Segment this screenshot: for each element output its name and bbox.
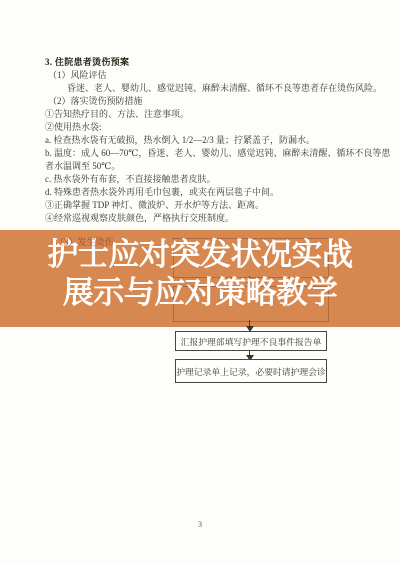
flowchart-box-record: 护理记录单上记录，必要时请护理会诊 [175, 359, 327, 383]
doc-line: （1）风险评估 [45, 69, 370, 82]
banner-title-line2: 展示与应对策略教学 [0, 274, 400, 312]
doc-line: d. 特殊患者热水袋外再用毛巾包裹，或夹在两层毯子中间。 [45, 186, 370, 199]
title-overlay-banner: （3）发生烫伤 护士应对突发状况实战 展示与应对策略教学 [0, 230, 400, 327]
doc-line: 者水温调至 50℃。 [45, 160, 370, 173]
doc-line: b. 温度：成人 60—70℃，昏迷、老人、婴幼儿、感觉迟钝、麻醉未清醒、循环不… [45, 147, 370, 160]
doc-line: a. 检查热水袋有无破损，热水倒入 1/2—2/3 量；拧紧盖子，防漏水。 [45, 134, 370, 147]
doc-line: ①告知热疗目的、方法、注意事项。 [45, 108, 370, 121]
flowchart-box-report: 汇报护理部填写护理不良事件报告单 [175, 331, 327, 351]
doc-line: ③正确掌握 TDP 神灯、微波炉、开水炉等方法、距离。 [45, 199, 370, 212]
page-number: 3 [0, 520, 400, 529]
doc-line: ④经常巡视观察皮肤颜色，严格执行交班制度。 [45, 212, 370, 225]
doc-line: 昏迷、老人、婴幼儿、感觉迟钝、麻醉未清醒、循环不良等患者存在烫伤风险。 [45, 82, 370, 95]
document-text: 3. 住院患者烫伤预案 （1）风险评估 昏迷、老人、婴幼儿、感觉迟钝、麻醉未清醒… [45, 56, 370, 225]
section-heading: 3. 住院患者烫伤预案 [45, 56, 370, 69]
doc-line: c. 热水袋外有布套，不直接接触患者皮肤。 [45, 173, 370, 186]
doc-line: ②使用热水袋: [45, 121, 370, 134]
ghost-flowchart-arrow-stem [249, 320, 250, 327]
section-label: （3）发生烫伤 [55, 235, 114, 248]
doc-line: （2）落实烫伤预防措施 [45, 95, 370, 108]
